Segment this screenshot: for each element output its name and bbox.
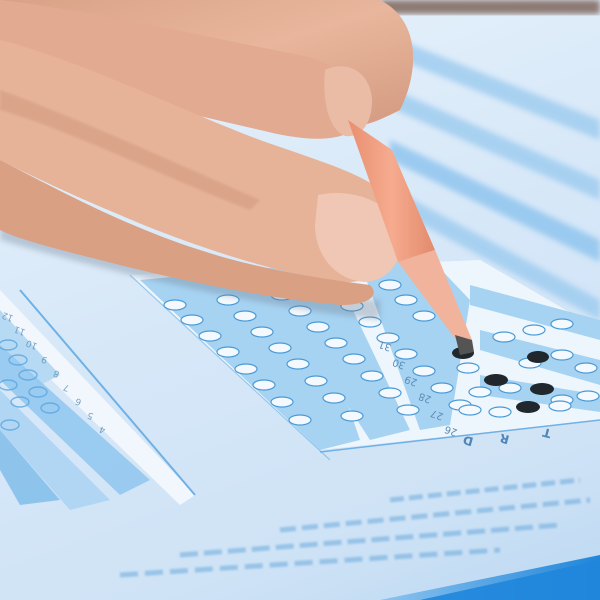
hand bbox=[0, 0, 413, 305]
filled-bubble bbox=[527, 351, 549, 363]
left-answer-column: 12 11 10 9 8 7 6 5 4 bbox=[0, 290, 195, 510]
filled-bubble bbox=[530, 383, 554, 395]
filled-bubble bbox=[484, 374, 508, 386]
answer-sheet-photo: 12 11 10 9 8 7 6 5 4 bbox=[0, 0, 600, 600]
background-edge bbox=[380, 0, 600, 14]
footer-letter: R bbox=[498, 431, 511, 447]
photo-illustration: 12 11 10 9 8 7 6 5 4 bbox=[0, 0, 600, 600]
filled-bubble bbox=[516, 401, 540, 413]
